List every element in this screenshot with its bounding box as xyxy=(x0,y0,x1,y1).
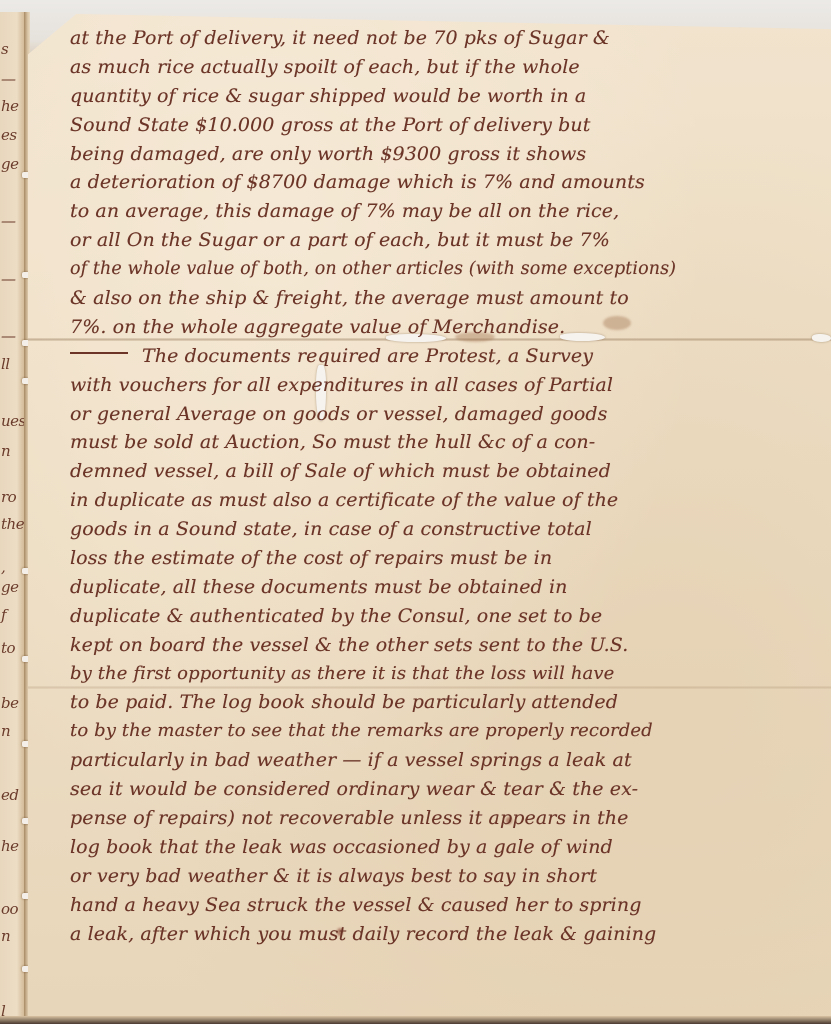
text-line: & also on the ship & freight, the averag… xyxy=(70,284,825,313)
text-line: or very bad weather & it is always best … xyxy=(70,862,825,891)
text-line: must be sold at Auction, So must the hul… xyxy=(70,428,825,457)
text-line: goods in a Sound state, in case of a con… xyxy=(70,515,825,544)
margin-fragment: oo xyxy=(1,900,18,918)
margin-fragment: ues xyxy=(1,412,25,430)
text-line: a leak, after which you must daily recor… xyxy=(70,920,825,949)
margin-fragment: he xyxy=(1,837,19,855)
adjacent-page-edge: s — he es ge — — — ll ues n ro the , ge … xyxy=(0,12,25,1024)
text-line: or general Average on goods or vessel, d… xyxy=(70,400,825,429)
text-line: quantity of rice & sugar shipped would b… xyxy=(70,82,825,111)
text-line: hand a heavy Sea struck the vessel & cau… xyxy=(70,891,825,920)
text-line: to be paid. The log book should be parti… xyxy=(70,688,825,717)
margin-fragment: ed xyxy=(1,786,18,804)
margin-fragment: ge xyxy=(1,578,18,596)
scan-bottom-edge xyxy=(0,1016,831,1024)
margin-fragment: n xyxy=(1,927,10,945)
margin-fragment: the xyxy=(1,515,24,533)
margin-fragment: f xyxy=(1,606,6,624)
margin-fragment: , xyxy=(1,558,5,576)
text-line: loss the estimate of the cost of repairs… xyxy=(70,544,825,573)
text-line: log book that the leak was occasioned by… xyxy=(70,833,825,862)
text-line: as much rice actually spoilt of each, bu… xyxy=(70,53,825,82)
margin-fragment: ge xyxy=(1,155,18,173)
text-line: at the Port of delivery, it need not be … xyxy=(70,24,825,53)
text-line: Sound State $10.000 gross at the Port of… xyxy=(70,111,825,140)
text-line: or all On the Sugar or a part of each, b… xyxy=(70,226,825,255)
text-line: of the whole value of both, on other art… xyxy=(70,255,825,284)
text-line: a deterioration of $8700 damage which is… xyxy=(70,168,825,197)
text-line: with vouchers for all expenditures in al… xyxy=(70,371,825,400)
margin-fragment: he xyxy=(1,97,19,115)
text-line: duplicate & authenticated by the Consul,… xyxy=(70,602,825,631)
margin-fragment: es xyxy=(1,126,17,144)
text-line: in duplicate as must also a certificate … xyxy=(70,486,825,515)
text-line: kept on board the vessel & the other set… xyxy=(70,631,825,660)
text-line: sea it would be considered ordinary wear… xyxy=(70,775,825,804)
text-line: demned vessel, a bill of Sale of which m… xyxy=(70,457,825,486)
text-line: 7%. on the whole aggregate value of Merc… xyxy=(70,313,825,342)
text-line: being damaged, are only worth $9300 gros… xyxy=(70,140,825,169)
handwritten-text: at the Port of delivery, it need not be … xyxy=(70,24,825,949)
margin-fragment: n xyxy=(1,722,10,740)
margin-fragment: s xyxy=(1,40,8,58)
margin-fragment: ro xyxy=(1,488,16,506)
margin-fragment: — xyxy=(1,327,16,345)
paragraph-dash xyxy=(70,352,128,354)
paragraph-start-line: The documents required are Protest, a Su… xyxy=(70,342,825,371)
margin-fragment: — xyxy=(1,270,16,288)
text-line: to an average, this damage of 7% may be … xyxy=(70,197,825,226)
text-line: by the first opportunity as there it is … xyxy=(70,660,825,689)
margin-fragment: — xyxy=(1,70,16,88)
text-line: to by the master to see that the remarks… xyxy=(70,717,825,746)
margin-fragment: n xyxy=(1,442,10,460)
margin-fragment: to xyxy=(1,639,15,657)
text-line-content: The documents required are Protest, a Su… xyxy=(142,345,593,367)
margin-fragment: — xyxy=(1,212,16,230)
margin-fragment: ll xyxy=(1,355,10,373)
text-line: pense of repairs) not recoverable unless… xyxy=(70,804,825,833)
margin-fragment: be xyxy=(1,694,18,712)
text-line: duplicate, all these documents must be o… xyxy=(70,573,825,602)
text-line: particularly in bad weather — if a vesse… xyxy=(70,746,825,775)
